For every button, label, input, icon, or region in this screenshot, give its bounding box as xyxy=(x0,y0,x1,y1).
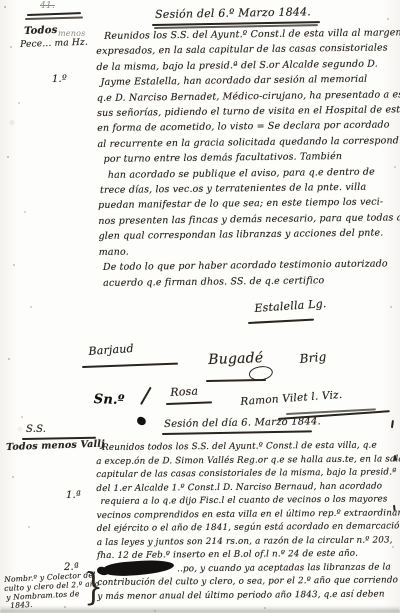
agenda-item-1-marker-s2: 1.ª xyxy=(66,490,81,501)
margin-ss-label: S.S. xyxy=(26,424,46,435)
right-edge-mark-2 xyxy=(394,455,396,461)
signature-2-underline xyxy=(206,379,266,382)
session1-header: Sesión del 6.º Marzo 1844. xyxy=(155,5,311,21)
signature-4: Sn.º xyxy=(93,392,124,408)
manuscript-page: 41. Todos menos Pece... ma Hz. 1.º Sesió… xyxy=(0,0,400,613)
attendance-note-line1b: menos xyxy=(58,29,85,38)
agenda-item-1-marker: 1.º xyxy=(52,74,67,85)
scan-bottom-shadow xyxy=(0,606,400,613)
paper-speckles xyxy=(4,6,6,8)
attendance-note-line1: Todos xyxy=(24,25,58,37)
session1-body: Reunidos los S.S. del Ayunt.º Const.l de… xyxy=(96,25,400,291)
attendance-note-line2: Pece... ma Hz. xyxy=(20,38,88,50)
margin-strike-line-1 xyxy=(27,12,81,15)
session2-body: Reunidos todos los S.S. del Ayunt.º Cons… xyxy=(96,439,400,604)
signature-1-flourish xyxy=(82,363,178,368)
margin-strike-line-2 xyxy=(25,16,83,19)
signature-alcalde: Estalella Lg. xyxy=(254,297,327,315)
signature-6: Ramon Vilet l. Viz. xyxy=(240,389,343,408)
signature-3: Brig xyxy=(299,350,327,366)
signature-alcalde-flourish xyxy=(248,319,314,324)
signature-2: Bugadé xyxy=(208,350,264,368)
right-edge-mark-1 xyxy=(391,420,394,428)
signature-4-slash xyxy=(140,387,151,405)
signature-1: Barjaud xyxy=(88,342,134,358)
manuscript-line: acuerdo q.e firman dhos. SS. de q.e cert… xyxy=(103,272,400,291)
attendance-note-session2: Todos menos Vallj xyxy=(6,439,105,453)
manuscript-line: y más menor anual del último periodo año… xyxy=(97,588,400,604)
ink-spot-header xyxy=(136,416,147,427)
session2-header: Sesión del día 6. Marzo 1844. xyxy=(164,416,321,430)
session2-header-underline xyxy=(162,430,312,434)
signature-5: Rosa xyxy=(170,385,199,399)
margin-struck-note: 41. xyxy=(40,1,55,11)
signature-5-flourish xyxy=(166,401,212,404)
